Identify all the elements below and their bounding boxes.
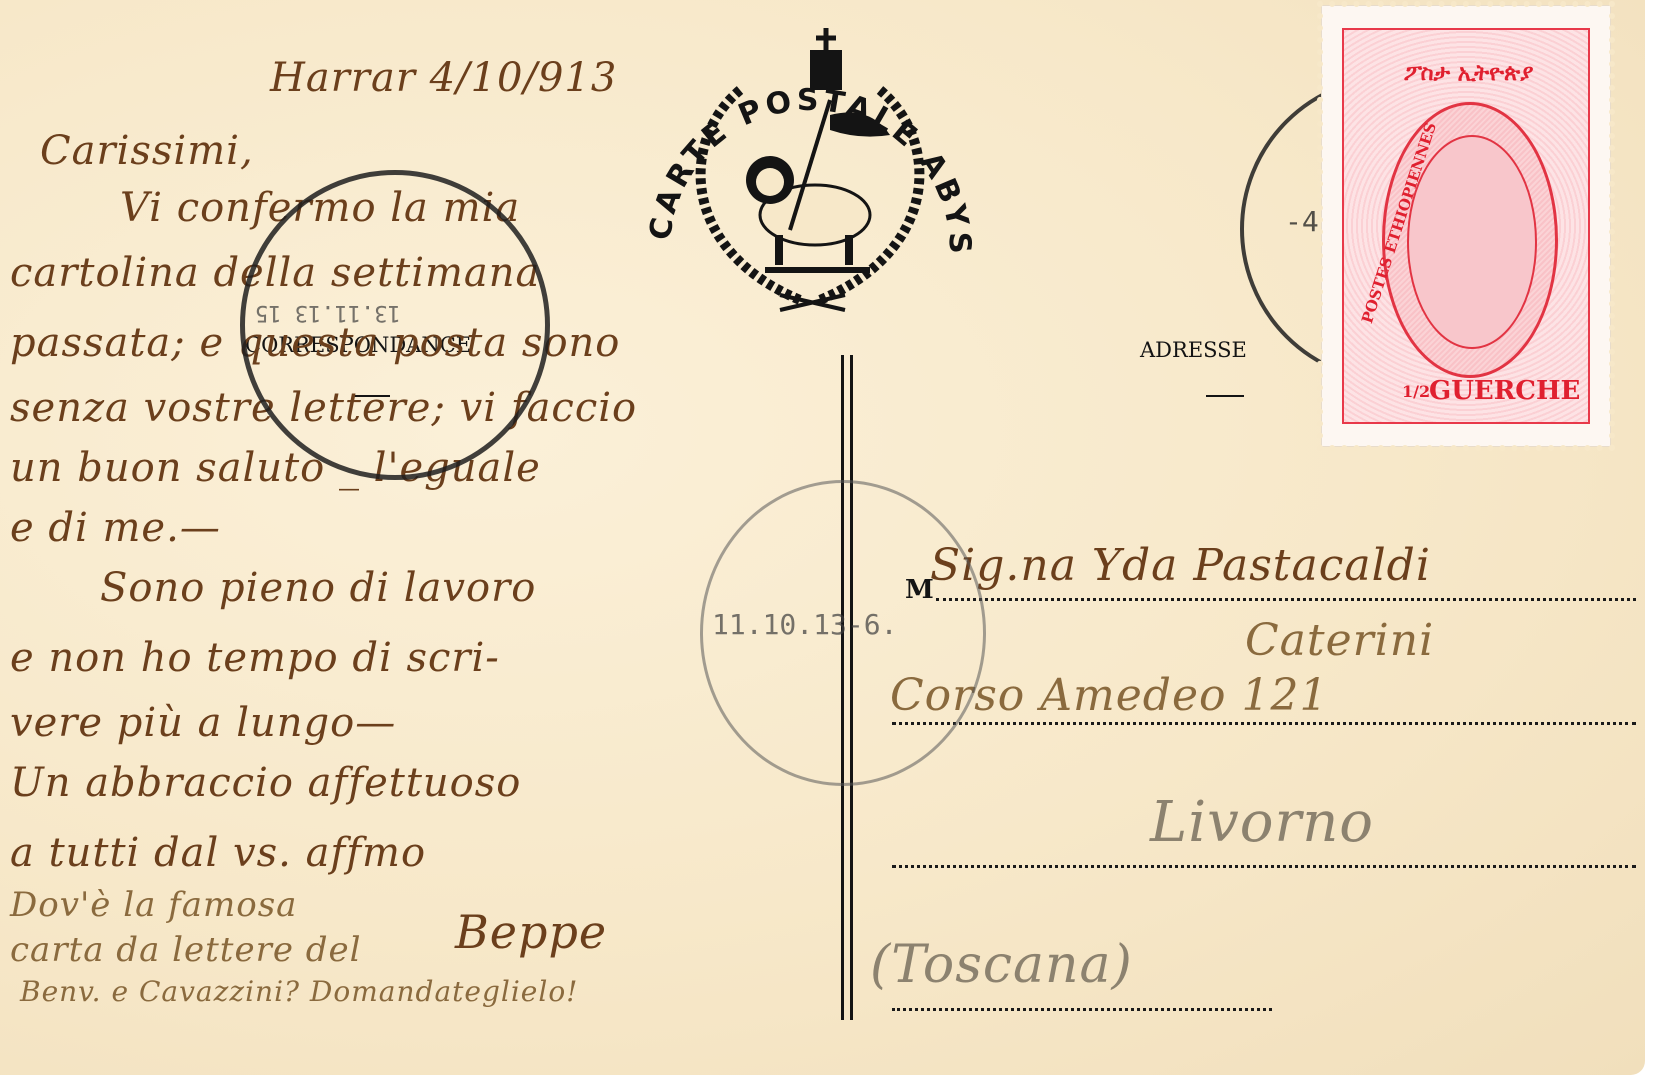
message-salutation: Carissimi, (40, 128, 254, 174)
address-line-1 (936, 598, 1636, 601)
address-line-2 (892, 722, 1636, 725)
message-line: Sono pieno di lavoro (100, 565, 536, 611)
lion-icon (746, 28, 890, 270)
message-line: Dov'è la famosa (10, 885, 297, 925)
transit-postmark (240, 170, 550, 480)
address-line2-text: Caterini (1245, 615, 1434, 666)
address-underline (1206, 395, 1244, 397)
transit-postmark-date: 13.11.13 15 (255, 300, 401, 325)
message-line: a tutti dal vs. affmo (10, 830, 426, 876)
postage-stamp: ፖስታ ኢትዮጵያ POSTES ETHIOPIENNES 1/2 GUERCH… (1322, 6, 1610, 446)
stamp-value-fraction: 1/2 (1402, 382, 1430, 401)
address-line-3 (892, 865, 1636, 868)
message-place-date: Harrar 4/10/913 (270, 55, 617, 101)
message-line: e di me.— (10, 505, 221, 551)
address-city: Livorno (1150, 790, 1374, 855)
message-line: vere più a lungo— (10, 700, 396, 746)
message-line: Un abbraccio affettuoso (10, 760, 521, 806)
address-region: (Toscana) (870, 935, 1133, 995)
livorno-arrival-date: 11.10.13-6. (712, 608, 897, 641)
address-line-4 (892, 1008, 1272, 1011)
address-label: ADRESSE (1140, 338, 1247, 362)
carte-postale-emblem: CARTE POSTALE ABYSSINIE. (630, 10, 990, 330)
address-recipient: Sig.na Yda Pastacaldi (930, 540, 1431, 591)
message-line: carta da lettere del (10, 930, 362, 970)
postcard: CARTE POSTALE ABYSSINIE. CORRESPONDANCE … (0, 0, 1645, 1075)
message-line: Benv. e Cavazzini? Domandateglielo! (20, 975, 578, 1008)
stamp-amharic-text: ፖስታ ኢትዮጵያ (1404, 60, 1533, 86)
stamp-value-unit: GUERCHE (1429, 376, 1580, 406)
message-line: e non ho tempo di scri- (10, 635, 500, 681)
message-signature: Beppe (455, 905, 607, 959)
